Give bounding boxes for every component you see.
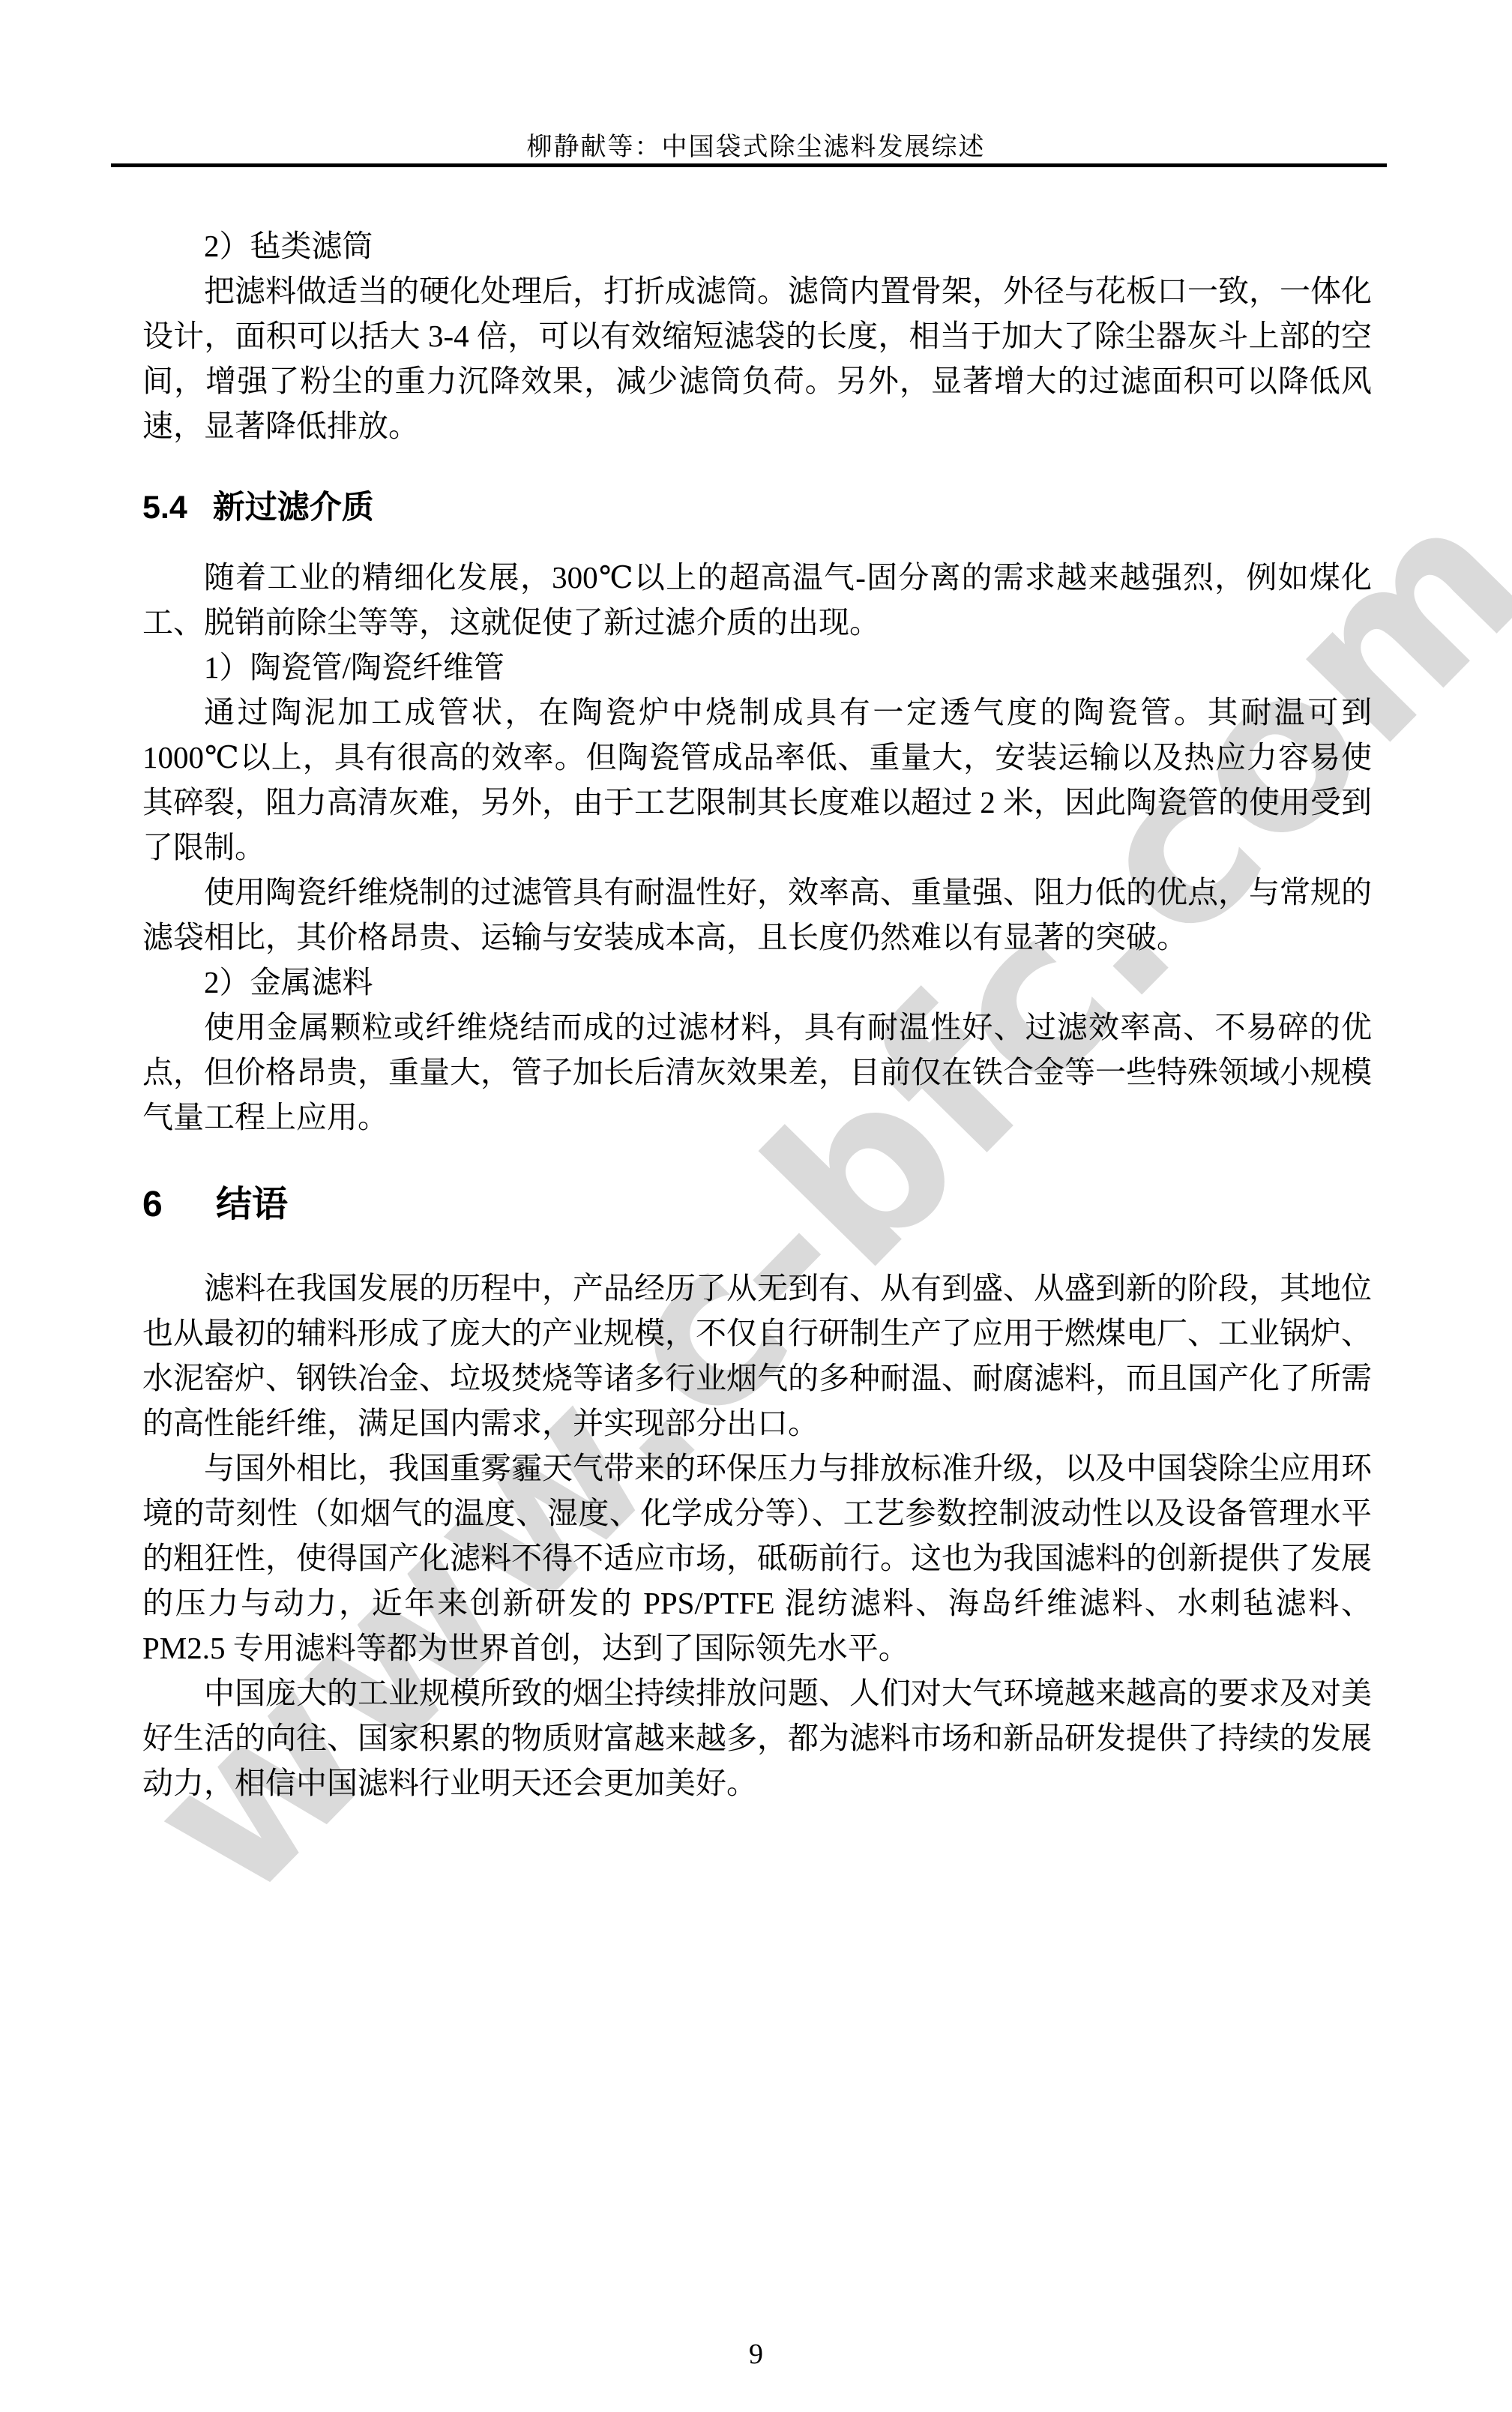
document-page: www.c-bfc.com 柳静献等：中国袋式除尘滤料发展综述 2）毡类滤筒 把… bbox=[0, 0, 1512, 2412]
paragraph-conclusion-3: 中国庞大的工业规模所致的烟尘持续排放问题、人们对大气环境越来越高的要求及对美好生… bbox=[142, 1670, 1372, 1805]
paragraph-metal-media: 使用金属颗粒或纤维烧结而成的过滤材料，具有耐温性好、过滤效率高、不易碎的优点，但… bbox=[142, 1005, 1372, 1140]
chapter-heading-6: 6 结语 bbox=[142, 1179, 1372, 1231]
paragraph-conclusion-1: 滤料在我国发展的历程中，产品经历了从无到有、从有到盛、从盛到新的阶段，其地位也从… bbox=[142, 1266, 1372, 1446]
list-item-heading-ceramic-tube: 1）陶瓷管/陶瓷纤维管 bbox=[142, 645, 1372, 690]
document-body: 2）毡类滤筒 把滤料做适当的硬化处理后，打折成滤筒。滤筒内置骨架，外径与花板口一… bbox=[142, 223, 1372, 1805]
list-item-heading-felt-cartridge: 2）毡类滤筒 bbox=[142, 223, 1372, 268]
paragraph-felt-cartridge: 把滤料做适当的硬化处理后，打折成滤筒。滤筒内置骨架，外径与花板口一致，一体化设计… bbox=[142, 268, 1372, 448]
page-number: 9 bbox=[749, 2339, 763, 2370]
paragraph-ceramic-tube: 通过陶泥加工成管状，在陶瓷炉中烧制成具有一定透气度的陶瓷管。其耐温可到 1000… bbox=[142, 690, 1372, 870]
section-title: 新过滤介质 bbox=[213, 490, 374, 526]
page-footer: 9 bbox=[0, 2338, 1512, 2371]
paragraph-ceramic-fiber-tube: 使用陶瓷纤维烧制的过滤管具有耐温性好，效率高、重量强、阻力低的优点，与常规的滤袋… bbox=[142, 870, 1372, 960]
section-heading-5-4: 5.4 新过滤介质 bbox=[142, 484, 1372, 531]
paragraph-conclusion-2: 与国外相比，我国重雾霾天气带来的环保压力与排放标准升级，以及中国袋除尘应用环境的… bbox=[142, 1446, 1372, 1670]
chapter-title: 结语 bbox=[216, 1185, 288, 1224]
list-item-heading-metal-media: 2）金属滤料 bbox=[142, 960, 1372, 1005]
chapter-number: 6 bbox=[142, 1185, 163, 1224]
header-rule bbox=[111, 163, 1387, 167]
running-title: 柳静献等：中国袋式除尘滤料发展综述 bbox=[0, 126, 1512, 163]
paragraph-new-media-intro: 随着工业的精细化发展，300℃以上的超高温气-固分离的需求越来越强烈，例如煤化工… bbox=[142, 555, 1372, 645]
section-number: 5.4 bbox=[142, 490, 187, 526]
